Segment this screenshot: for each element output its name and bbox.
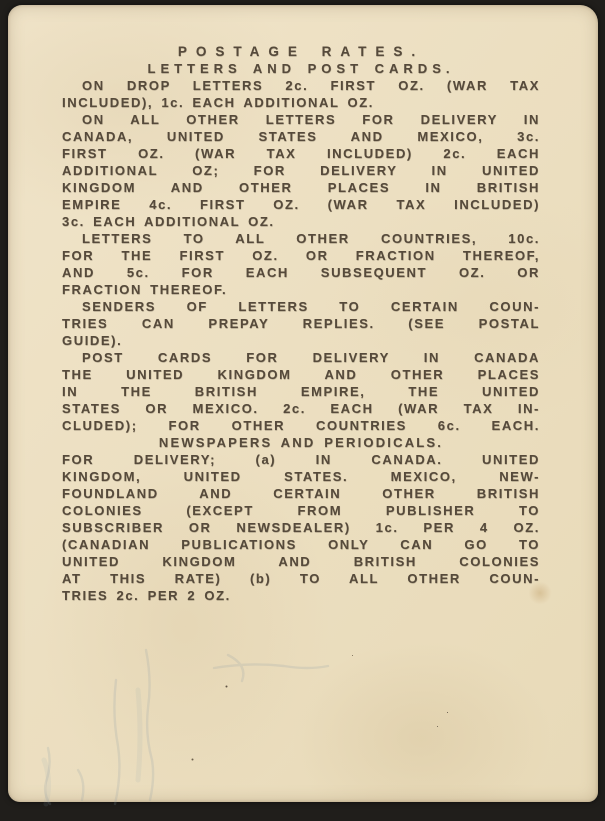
text-line: FOUNDLAND AND CERTAIN OTHER BRITISH bbox=[62, 485, 540, 502]
text-line: LETTERS AND POST CARDS. bbox=[62, 60, 540, 77]
text-line: GUIDE). bbox=[62, 332, 540, 349]
text-line: ON ALL OTHER LETTERS FOR DELIVERY IN bbox=[62, 111, 540, 128]
text-line: SENDERS OF LETTERS TO CERTAIN COUN- bbox=[62, 298, 540, 315]
text-line: (CANADIAN PUBLICATIONS ONLY CAN GO TO bbox=[62, 536, 540, 553]
text-line: ON DROP LETTERS 2c. FIRST OZ. (WAR TAX bbox=[62, 77, 540, 94]
text-line: FOR THE FIRST OZ. OR FRACTION THEREOF, bbox=[62, 247, 540, 264]
text-line: AT THIS RATE) (b) TO ALL OTHER COUN- bbox=[62, 570, 540, 587]
text-line: FIRST OZ. (WAR TAX INCLUDED) 2c. EACH bbox=[62, 145, 540, 162]
text-line: AND 5c. FOR EACH SUBSEQUENT OZ. OR bbox=[62, 264, 540, 281]
text-line: TRIES 2c. PER 2 OZ. bbox=[62, 587, 540, 604]
text-line: STATES OR MEXICO. 2c. EACH (WAR TAX IN- bbox=[62, 400, 540, 417]
text-line: TRIES CAN PREPAY REPLIES. (SEE POSTAL bbox=[62, 315, 540, 332]
text-line: KINGDOM AND OTHER PLACES IN BRITISH bbox=[62, 179, 540, 196]
text-line: THE UNITED KINGDOM AND OTHER PLACES bbox=[62, 366, 540, 383]
rate-card-text: POSTAGE RATES.LETTERS AND POST CARDS.ON … bbox=[62, 43, 540, 604]
text-line: CANADA, UNITED STATES AND MEXICO, 3c. bbox=[62, 128, 540, 145]
pencil-mark bbox=[18, 620, 358, 815]
scan-backdrop: POSTAGE RATES.LETTERS AND POST CARDS.ON … bbox=[0, 0, 605, 821]
text-line: POST CARDS FOR DELIVERY IN CANADA bbox=[62, 349, 540, 366]
text-line: ADDITIONAL OZ; FOR DELIVERY IN UNITED bbox=[62, 162, 540, 179]
text-line: INCLUDED), 1c. EACH ADDITIONAL OZ. bbox=[62, 94, 540, 111]
postage-rate-card: POSTAGE RATES.LETTERS AND POST CARDS.ON … bbox=[8, 5, 598, 802]
text-line: SUBSCRIBER OR NEWSDEALER) 1c. PER 4 OZ. bbox=[62, 519, 540, 536]
text-line: IN THE BRITISH EMPIRE, THE UNITED bbox=[62, 383, 540, 400]
text-line: UNITED KINGDOM AND BRITISH COLONIES bbox=[62, 553, 540, 570]
text-line: 3c. EACH ADDITIONAL OZ. bbox=[62, 213, 540, 230]
text-line: CLUDED); FOR OTHER COUNTRIES 6c. EACH. bbox=[62, 417, 540, 434]
text-line: KINGDOM, UNITED STATES. MEXICO, NEW- bbox=[62, 468, 540, 485]
text-line: NEWSPAPERS AND PERIODICALS. bbox=[62, 434, 540, 451]
text-line: EMPIRE 4c. FIRST OZ. (WAR TAX INCLUDED) bbox=[62, 196, 540, 213]
text-line: COLONIES (EXCEPT FROM PUBLISHER TO bbox=[62, 502, 540, 519]
paper-speck bbox=[8, 5, 11, 8]
text-line: FRACTION THEREOF. bbox=[62, 281, 540, 298]
text-line: FOR DELIVERY; (a) IN CANADA. UNITED bbox=[62, 451, 540, 468]
text-line: POSTAGE RATES. bbox=[62, 43, 540, 60]
text-line: LETTERS TO ALL OTHER COUNTRIES, 10c. bbox=[62, 230, 540, 247]
